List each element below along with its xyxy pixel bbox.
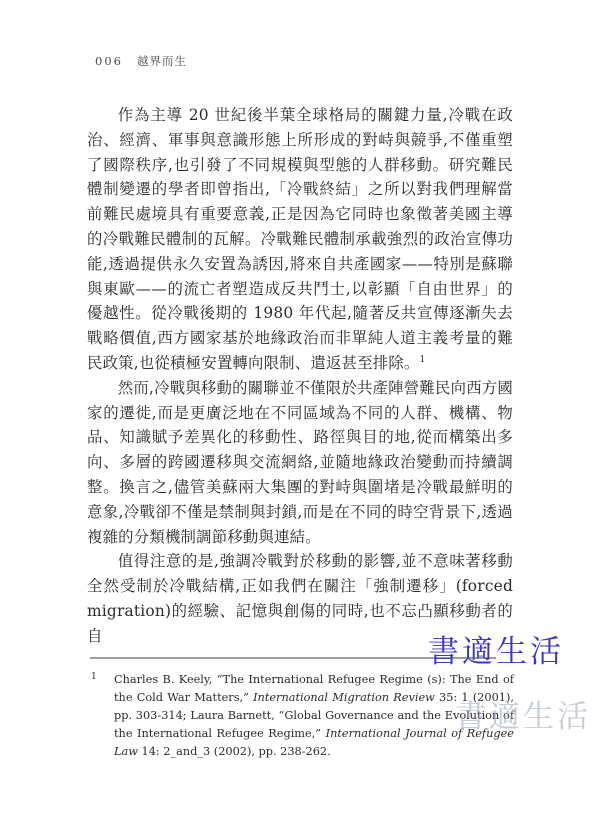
book-page: 006越界而生 作為主導 20 世紀後半葉全球格局的關鍵力量,冷戰在政治、經濟、… (0, 0, 597, 838)
page-number: 006 (95, 54, 123, 68)
footnote-body: 1Charles B. Keely, “The International Re… (87, 671, 514, 761)
footnote-ref: 1 (420, 355, 426, 365)
running-header: 006越界而生 (95, 53, 187, 69)
body-text: 作為主導 20 世紀後半葉全球格局的關鍵力量,冷戰在政治、經濟、軍事與意識形態上… (87, 103, 513, 649)
watermark-blue: 書適生活 (428, 626, 564, 671)
book-title: 越界而生 (137, 54, 187, 68)
watermark-faint: 書適生活 (455, 691, 591, 736)
paragraph: 然而,冷戰與移動的關聯並不僅限於共產陣營難民向西方國家的遷徙,而是更廣泛地在不同… (87, 376, 513, 550)
paragraph: 作為主導 20 世紀後半葉全球格局的關鍵力量,冷戰在政治、經濟、軍事與意識形態上… (87, 103, 513, 376)
footnote-marker: 1 (91, 669, 97, 687)
footnote: 1Charles B. Keely, “The International Re… (87, 671, 514, 761)
footnote-text: Charles B. Keely, “The International Ref… (114, 673, 514, 758)
